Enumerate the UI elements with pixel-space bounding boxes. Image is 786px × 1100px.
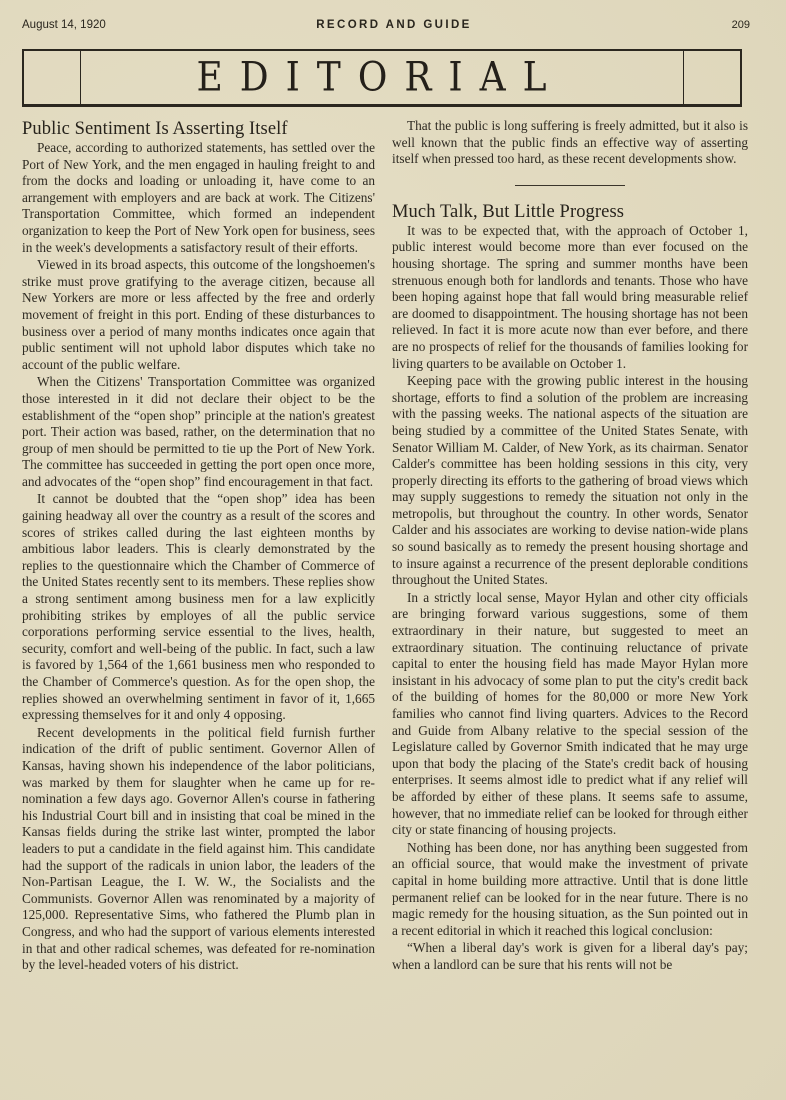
article-public-sentiment: Public Sentiment Is Asserting Itself Pea… [22,118,375,974]
publication-name: RECORD AND GUIDE [22,19,766,31]
running-head: August 14, 1920 RECORD AND GUIDE 209 [22,19,766,37]
article-much-talk: Much Talk, But Little Progress It was to… [392,201,748,974]
article-headline: Public Sentiment Is Asserting Itself [22,118,375,140]
column-left: Public Sentiment Is Asserting Itself Pea… [22,118,375,974]
article-paragraph: Peace, according to authorized statement… [22,140,375,256]
article-paragraph-continued: That the public is long suffering is fre… [392,118,748,168]
article-paragraph: Nothing has been done, nor has anything … [392,840,748,940]
masthead-divider-right [683,51,684,104]
article-paragraph: It cannot be doubted that the “open shop… [22,491,375,723]
article-paragraph: In a strictly local sense, Mayor Hylan a… [392,590,748,839]
article-separator-rule [515,185,625,186]
section-masthead: EDITORIAL [22,49,742,107]
article-paragraph: When the Citizens' Transportation Commit… [22,374,375,490]
article-paragraph: Keeping pace with the growing public int… [392,373,748,589]
masthead-divider-left [80,51,81,104]
section-title: EDITORIAL [82,55,678,101]
article-paragraph: It was to be expected that, with the app… [392,223,748,372]
page-number: 209 [732,19,750,31]
column-right: That the public is long suffering is fre… [392,118,748,974]
article-headline: Much Talk, But Little Progress [392,201,748,223]
article-paragraph: “When a liberal day's work is given for … [392,940,748,973]
article-paragraph: Viewed in its broad aspects, this outcom… [22,257,375,373]
article-paragraph: Recent developments in the political fie… [22,725,375,974]
